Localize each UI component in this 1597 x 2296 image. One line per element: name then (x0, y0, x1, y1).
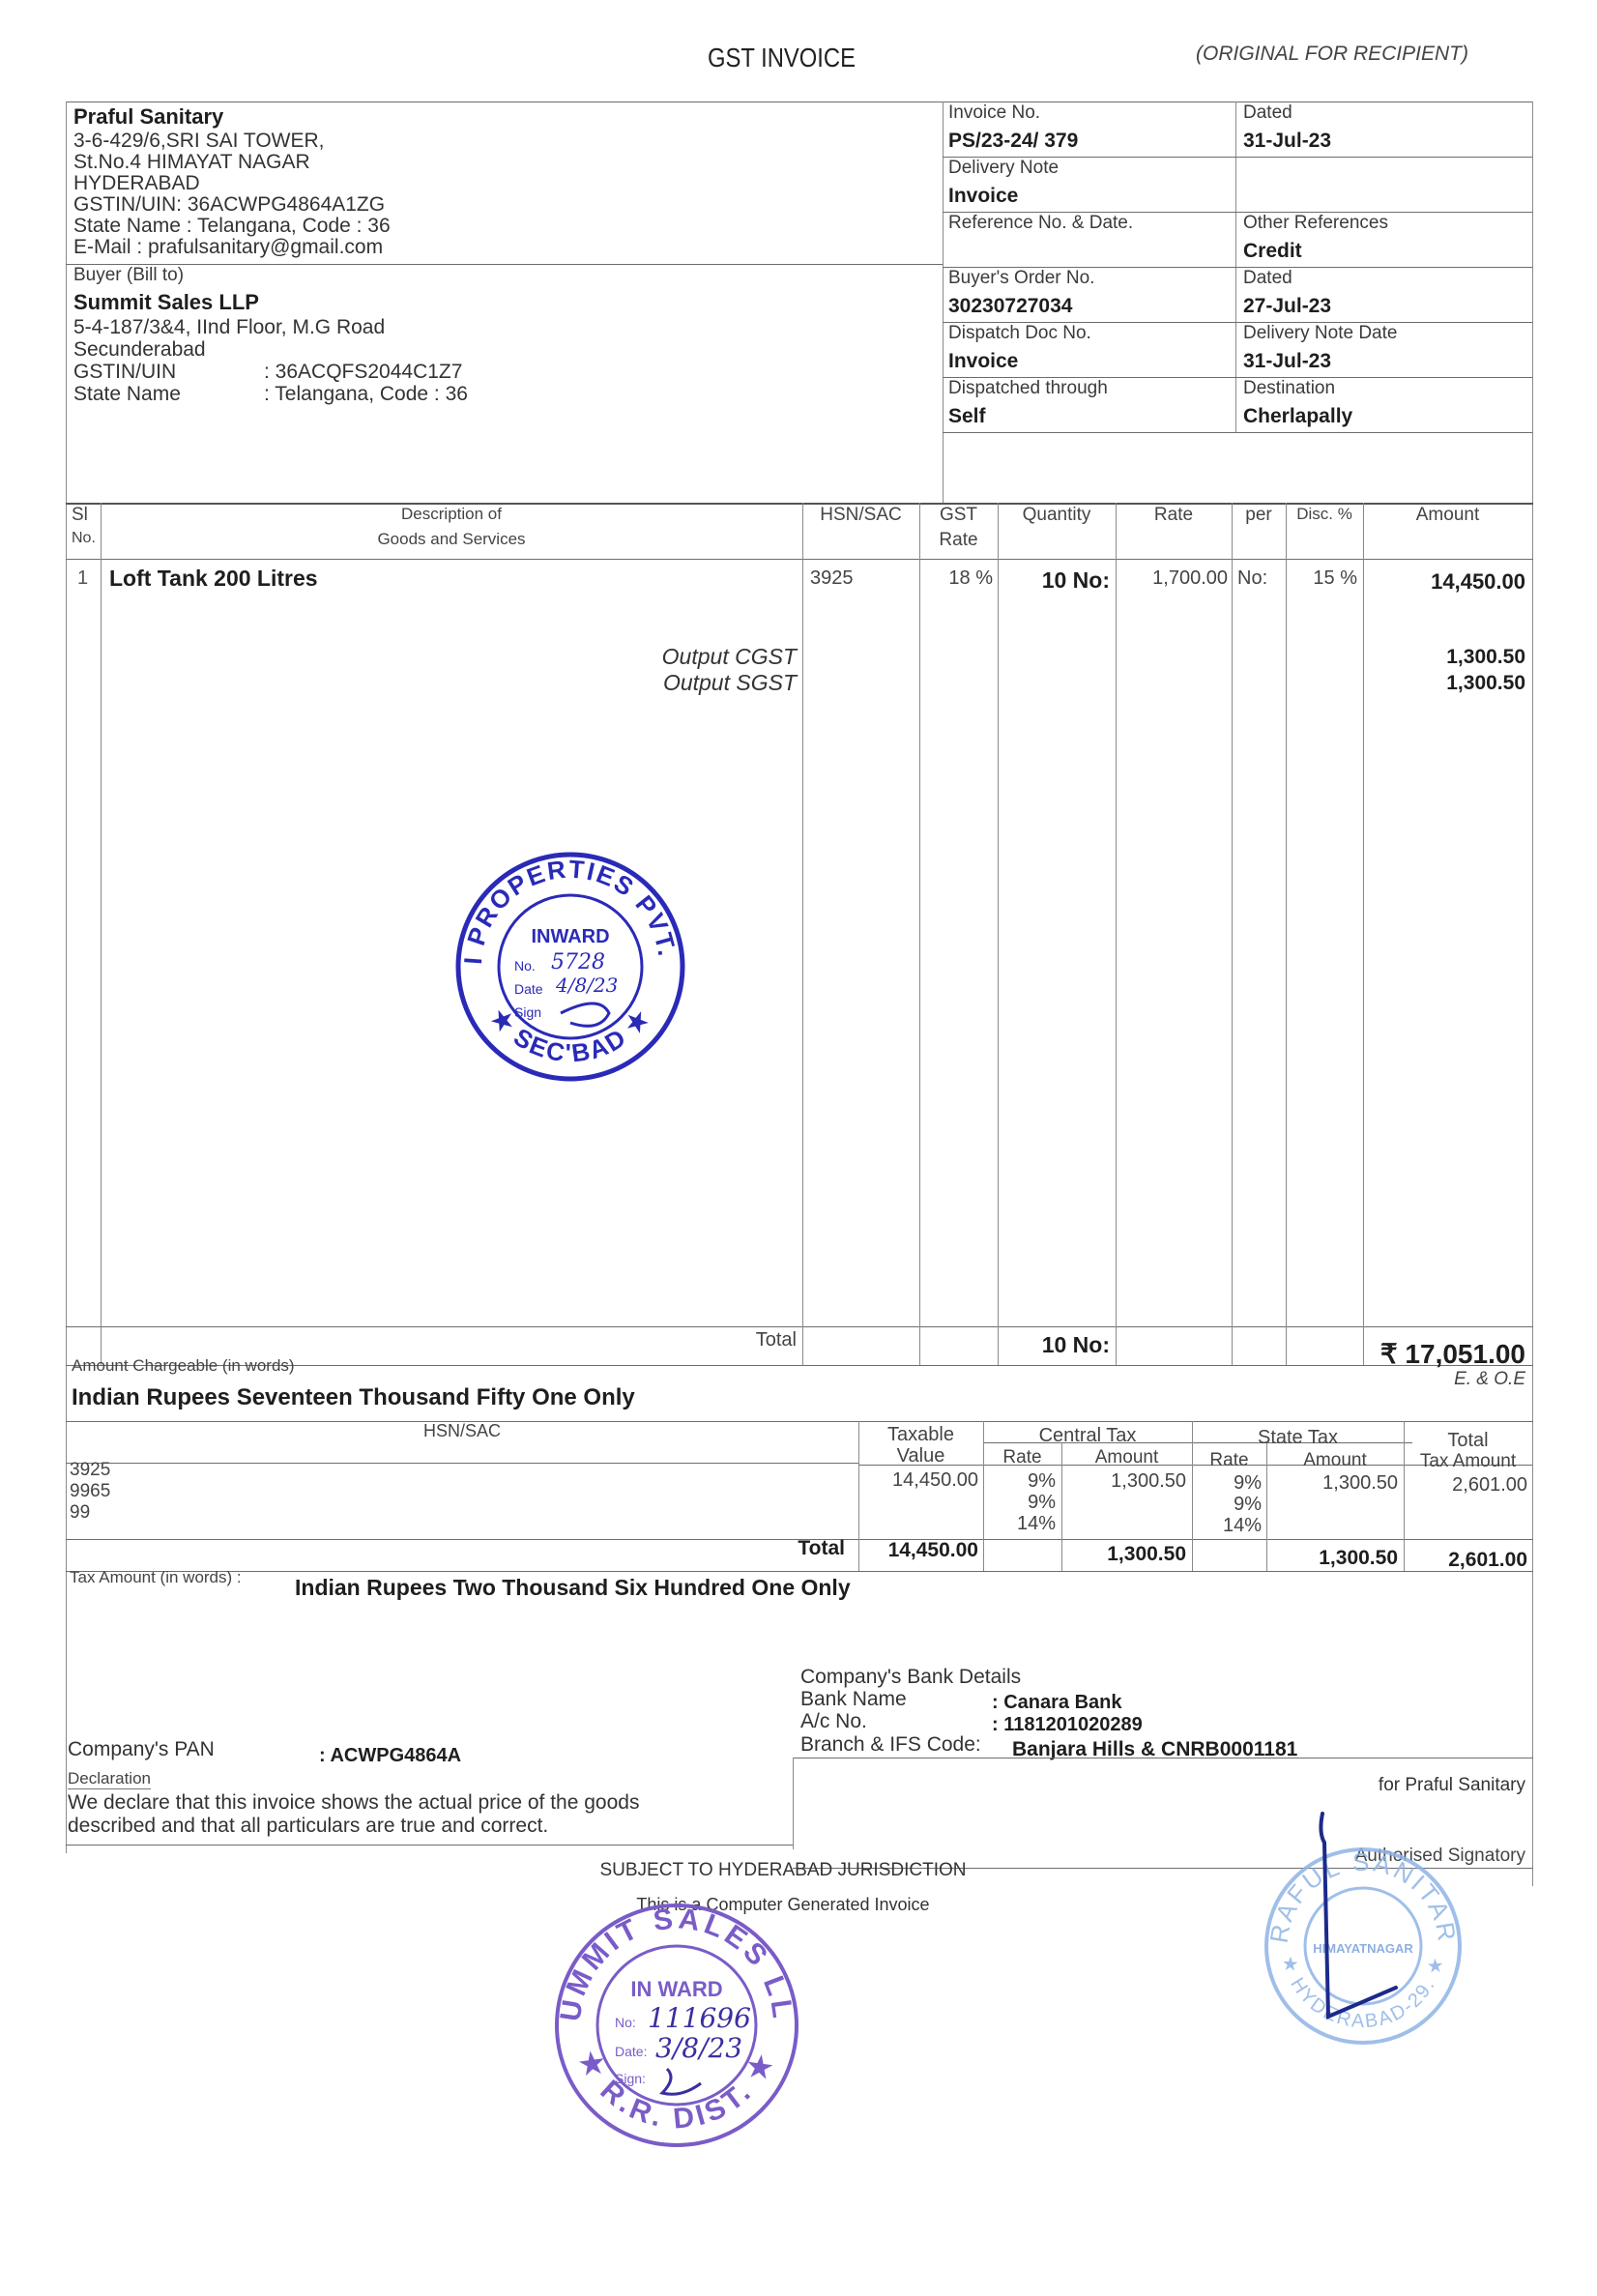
hsn-code: 99 (70, 1502, 90, 1524)
other-references-label: Other References (1243, 213, 1388, 234)
tax-header-taxable: Taxable (858, 1424, 983, 1446)
buyer-gstin-value: : 36ACQFS2044C1Z7 (264, 361, 462, 384)
col-divider (1363, 503, 1364, 1365)
buyer-name: Summit Sales LLP (73, 290, 259, 315)
item-rate: 1,700.00 (1116, 567, 1228, 590)
svg-text:5728: 5728 (551, 950, 605, 974)
bank-name-label: Bank Name (800, 1688, 907, 1711)
amount-words-value: Indian Rupees Seventeen Thousand Fifty O… (72, 1384, 635, 1411)
buyer-state-value: : Telangana, Code : 36 (264, 383, 468, 406)
svg-text:INWARD: INWARD (531, 926, 609, 947)
reference-label: Reference No. & Date. (948, 213, 1133, 234)
order-date: 27-Jul-23 (1243, 295, 1331, 318)
svg-text:Sign: Sign (514, 1004, 541, 1020)
tax-header-taxable-2: Value (858, 1445, 983, 1468)
copy-label: (ORIGINAL FOR RECIPIENT) (1196, 43, 1468, 66)
tax-header-state-amount: Amount (1266, 1450, 1404, 1471)
seller-name: Praful Sanitary (73, 104, 223, 130)
seller-gstin: GSTIN/UIN: 36ACWPG4864A1ZG (73, 193, 385, 217)
col-divider (1286, 503, 1287, 1365)
tax-words-label: Tax Amount (in words) : (70, 1568, 242, 1587)
summit-stamp-icon: SUMMIT SALES LLP ★ R.R. DIST. ★ IN WARD … (551, 1900, 802, 2151)
tax-header-total: Total (1404, 1430, 1532, 1452)
items-body-bottom (66, 1326, 1533, 1327)
svg-text:111696: 111696 (648, 2002, 751, 2034)
header-gst-rate: Rate (919, 530, 998, 551)
page-title: GST INVOICE (708, 43, 856, 73)
tax-header-central-rate: Rate (983, 1447, 1061, 1468)
pan-label: Company's PAN (68, 1738, 215, 1761)
header-quantity: Quantity (998, 505, 1116, 526)
tax-total-bottom (66, 1571, 1533, 1572)
state-amount: 1,300.50 (1266, 1472, 1398, 1495)
tax-total-central: 1,300.50 (1061, 1543, 1186, 1566)
svg-text:4/8/23: 4/8/23 (555, 974, 618, 997)
meta-left-border (943, 102, 944, 503)
invoice-no-label: Invoice No. (948, 102, 1040, 124)
col-divider (998, 503, 999, 1365)
svg-text:3/8/23: 3/8/23 (655, 2032, 742, 2064)
svg-text:No.: No. (514, 958, 536, 974)
tax-line-amount: 1,300.50 (1363, 646, 1525, 669)
header-disc: Disc. % (1286, 505, 1363, 524)
branch-label: Branch & IFS Code: (800, 1733, 981, 1757)
taxable-value: 14,450.00 (858, 1469, 978, 1492)
eoe-label: E. & O.E (1353, 1369, 1525, 1390)
account-no: : 1181201020289 (992, 1714, 1143, 1736)
item-amount: 14,450.00 (1363, 569, 1525, 595)
dispatched-through-label: Dispatched through (948, 378, 1108, 399)
item-quantity: 10 No: (998, 567, 1110, 594)
header-gst: GST (919, 505, 998, 526)
buyer-gstin-label: GSTIN/UIN (73, 361, 176, 384)
delivery-note-label: Delivery Note (948, 158, 1059, 179)
hsn-code: 9965 (70, 1481, 110, 1502)
svg-text:★ SEC'BAD ★: ★ SEC'BAD ★ (484, 1003, 655, 1068)
item-gst-rate: 18 % (919, 567, 993, 590)
seller-email[interactable]: E-Mail : prafulsanitary@gmail.com (73, 236, 383, 259)
tax-header-divider (66, 1463, 858, 1464)
header-amount: Amount (1363, 505, 1532, 526)
central-rate: 9% (983, 1470, 1056, 1493)
col-divider (1116, 503, 1117, 1365)
svg-text:No:: No: (615, 2015, 636, 2030)
frame-right (1532, 102, 1533, 1886)
tax-header-state-rate: Rate (1192, 1450, 1266, 1471)
tax-header-central: Central Tax (983, 1425, 1192, 1447)
delivery-note-date: 31-Jul-23 (1243, 350, 1331, 373)
seller-address-line: 3-6-429/6,SRI SAI TOWER, (73, 130, 325, 153)
summit-sales-stamp: SUMMIT SALES LLP ★ R.R. DIST. ★ IN WARD … (551, 1900, 802, 2151)
tax-line-label: Output SGST (541, 670, 797, 696)
tax-header-central-amount: Amount (1061, 1447, 1192, 1468)
signature-box-top (793, 1758, 1533, 1758)
hsn-code: 3925 (70, 1460, 110, 1481)
tax-total-taxable: 14,450.00 (858, 1539, 978, 1562)
buyer-state-label: State Name (73, 383, 181, 406)
dispatched-through: Self (948, 405, 986, 428)
pan-value: : ACWPG4864A (319, 1745, 461, 1767)
central-rate: 9% (983, 1492, 1056, 1514)
delivery-note: Invoice (948, 185, 1018, 208)
col-divider (802, 503, 803, 1365)
declaration-line: described and that all particulars are t… (68, 1815, 548, 1838)
header-hsn: HSN/SAC (802, 505, 919, 526)
header-description: Description of (101, 505, 802, 524)
other-references: Credit (1243, 240, 1302, 263)
buyers-order-label: Buyer's Order No. (948, 268, 1094, 289)
seller-buyer-divider (66, 264, 943, 265)
col-divider (1232, 503, 1233, 1365)
item-disc: 15 % (1286, 567, 1357, 590)
central-rate: 14% (983, 1513, 1056, 1535)
item-hsn: 3925 (810, 567, 854, 590)
central-amount: 1,300.50 (1061, 1470, 1186, 1493)
svg-text:Date:: Date: (615, 2044, 647, 2059)
svg-text:Sign:: Sign: (615, 2071, 646, 2086)
tax-words-value: Indian Rupees Two Thousand Six Hundred O… (295, 1575, 851, 1601)
state-rate: 9% (1192, 1494, 1262, 1516)
account-no-label: A/c No. (800, 1710, 867, 1733)
item-description: Loft Tank 200 Litres (109, 566, 318, 592)
total-tax-amount: 2,601.00 (1404, 1474, 1527, 1497)
tax-total-amount: 2,601.00 (1404, 1549, 1527, 1572)
for-company-label: for Praful Sanitary (1237, 1775, 1525, 1796)
seller-state: State Name : Telangana, Code : 36 (73, 215, 391, 238)
declaration-line: We declare that this invoice shows the a… (68, 1791, 639, 1815)
meta-row-divider (943, 432, 1532, 433)
item-per: No: (1237, 567, 1267, 590)
amount-words-label: Amount Chargeable (in words) (72, 1356, 295, 1376)
seller-address-line: HYDERABAD (73, 172, 200, 195)
frame-left (66, 102, 67, 1853)
jurisdiction-note: SUBJECT TO HYDERABAD JURISDICTION (541, 1860, 1025, 1881)
invoice-no: PS/23-24/ 379 (948, 130, 1078, 153)
buyer-label: Buyer (Bill to) (73, 265, 184, 286)
declaration-label: Declaration (68, 1769, 151, 1789)
tax-total-state: 1,300.50 (1266, 1547, 1398, 1570)
bank-heading: Company's Bank Details (800, 1666, 1021, 1689)
total-amount: ₹ 17,051.00 (1363, 1338, 1525, 1370)
invoice-date: 31-Jul-23 (1243, 130, 1331, 153)
order-dated-label: Dated (1243, 268, 1292, 289)
destination-label: Destination (1243, 378, 1335, 399)
header-per: per (1232, 505, 1286, 526)
modi-properties-stamp: MODI PROPERTIES PVT. LTD. ★ SEC'BAD ★ IN… (454, 851, 686, 1083)
buyers-order-no: 30230727034 (948, 295, 1072, 318)
dispatch-doc-label: Dispatch Doc No. (948, 323, 1091, 344)
buyer-address-line: 5-4-187/3&4, IInd Floor, M.G Road (73, 316, 385, 339)
col-divider (101, 503, 102, 1365)
seller-address-line: St.No.4 HIMAYAT NAGAR (73, 151, 310, 174)
item-sl: 1 (77, 567, 88, 590)
buyer-address-line: Secunderabad (73, 338, 206, 362)
dated-label: Dated (1243, 102, 1292, 124)
signature-box-left (793, 1758, 794, 1849)
dispatch-doc-no: Invoice (948, 350, 1018, 373)
header-description-2: Goods and Services (101, 530, 802, 549)
delivery-note-date-label: Delivery Note Date (1243, 323, 1397, 344)
signature-scribble (1295, 1808, 1469, 2020)
frame-top (66, 102, 1533, 102)
items-header-bottom (66, 559, 1533, 560)
col-divider (919, 503, 920, 1365)
svg-text:Date: Date (514, 981, 543, 997)
tax-line-label: Output CGST (541, 644, 797, 670)
tax-total-label: Total (541, 1537, 845, 1560)
state-rate: 9% (1192, 1472, 1262, 1495)
declaration-bottom (66, 1845, 793, 1846)
header-sl-no: No. (72, 530, 96, 547)
header-sl: Sl (72, 505, 88, 526)
state-rate: 14% (1192, 1515, 1262, 1537)
tax-header-total-2: Tax Amount (1404, 1451, 1532, 1472)
tax-line-amount: 1,300.50 (1363, 672, 1525, 695)
total-label: Total (541, 1329, 797, 1351)
tax-header-hsn: HSN/SAC (66, 1421, 858, 1441)
tax-header-state: State Tax (1192, 1427, 1404, 1449)
destination: Cherlapally (1243, 405, 1352, 428)
total-quantity: 10 No: (998, 1332, 1110, 1358)
modi-stamp-icon: MODI PROPERTIES PVT. LTD. ★ SEC'BAD ★ IN… (454, 851, 686, 1083)
bank-name: : Canara Bank (992, 1692, 1122, 1714)
header-rate: Rate (1116, 505, 1232, 526)
svg-text:IN WARD: IN WARD (630, 1977, 722, 2001)
